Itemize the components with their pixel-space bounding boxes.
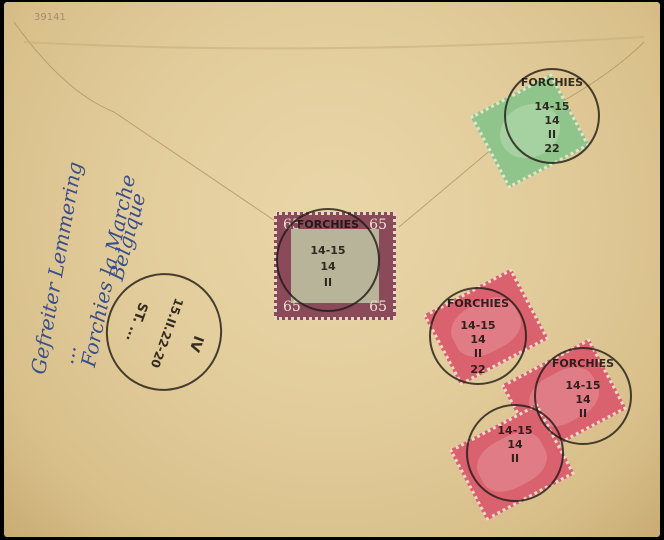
pencil-note: 39141: [34, 12, 66, 23]
postmark-forchies-red-3: 14-15 14 II: [466, 404, 564, 502]
envelope: 39141 Gefreiter Lemmering ... Forchies l…: [4, 2, 660, 537]
postmark-forchies-red-1: FORCHIES 14-15 14 II 22: [429, 287, 527, 385]
postmark-forchies-green: FORCHIES 14-15 14 II 22: [504, 68, 600, 164]
postmark-forchies: FORCHIES 14-15 14 II: [276, 208, 380, 312]
stamp-value: 65: [369, 299, 387, 315]
